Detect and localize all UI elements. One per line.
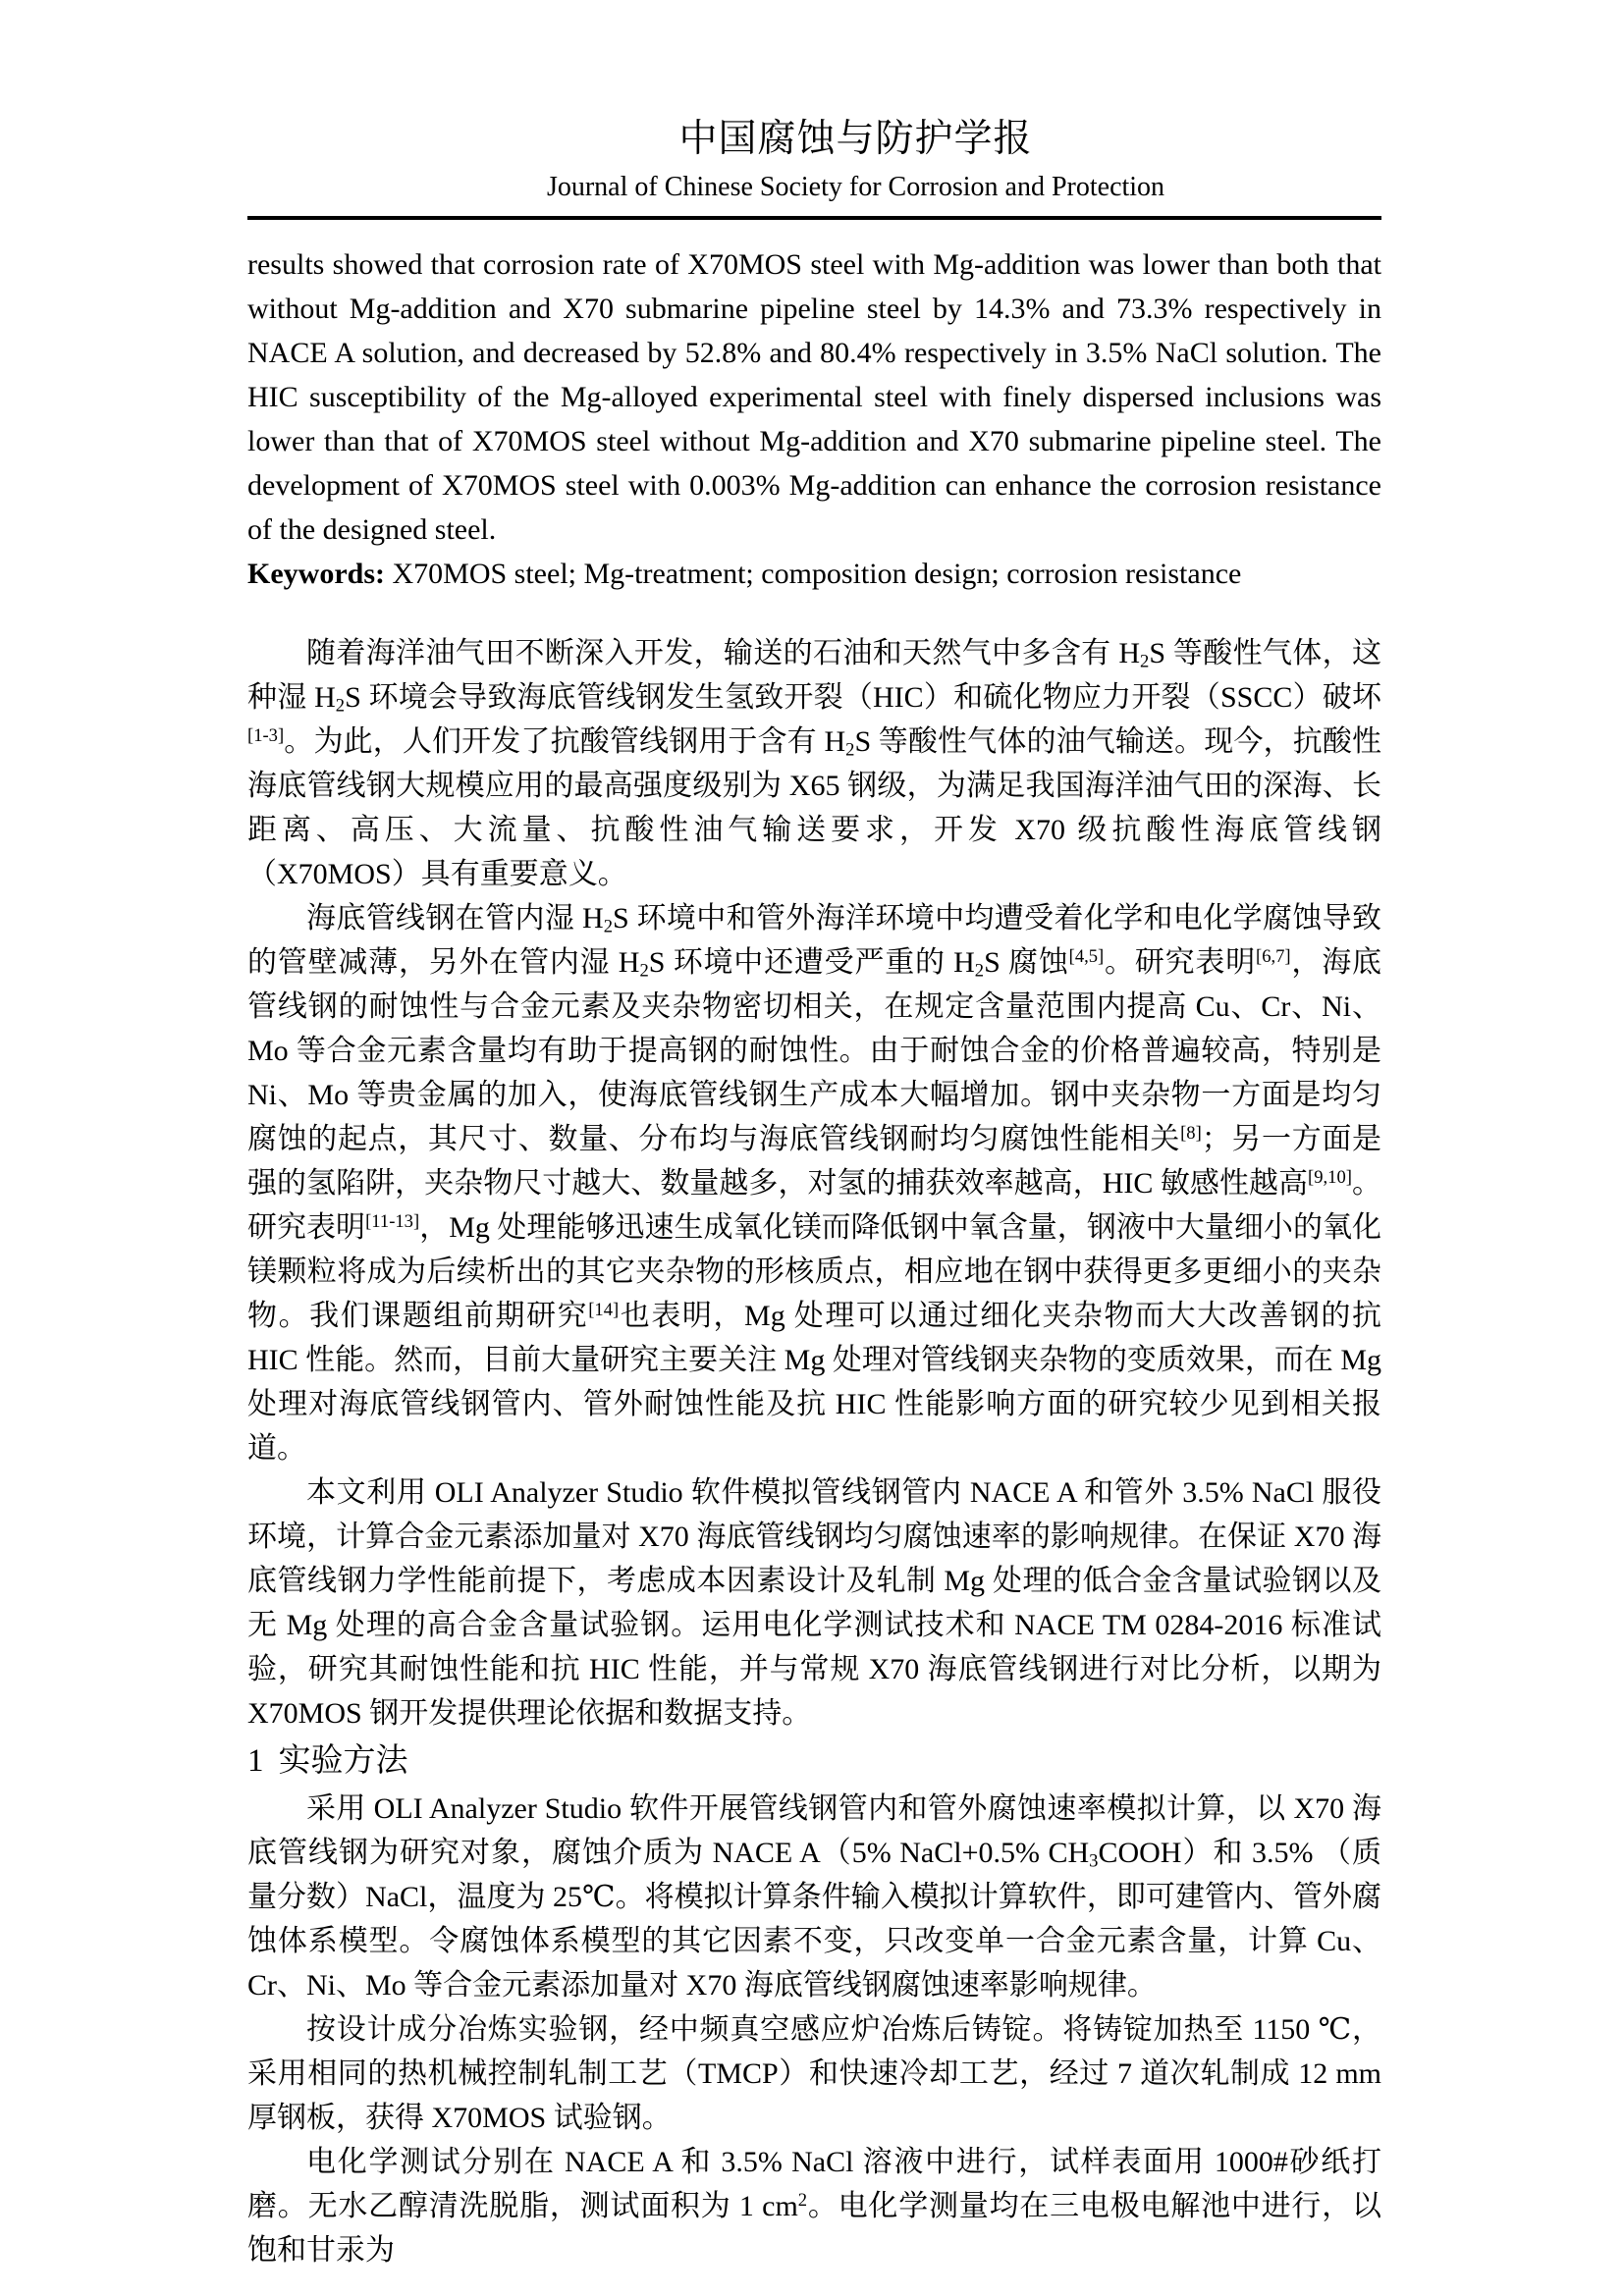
journal-header: 中国腐蚀与防护学报 Journal of Chinese Society for… [289, 116, 1423, 204]
keywords-line: Keywords: X70MOS steel; Mg-treatment; co… [247, 552, 1381, 596]
section-heading-1: 1实验方法 [247, 1735, 1381, 1787]
journal-title-english: Journal of Chinese Society for Corrosion… [289, 171, 1423, 204]
journal-title-chinese: 中国腐蚀与防护学报 [289, 116, 1423, 163]
paragraph-method-2: 按设计成分冶炼实验钢，经中频真空感应炉冶炼后铸锭。将铸锭加热至 1150 ℃，采… [247, 2007, 1381, 2140]
keywords-label: Keywords: [247, 558, 385, 590]
abstract-continuation-text: results showed that corrosion rate of X7… [247, 242, 1381, 552]
paragraph-intro-1: 随着海洋油气田不断深入开发，输送的石油和天然气中多含有 H2S 等酸性气体，这种… [247, 631, 1381, 896]
keywords-text: X70MOS steel; Mg-treatment; composition … [385, 558, 1241, 590]
section-number: 1 [247, 1743, 264, 1779]
section-spacer [247, 596, 1381, 631]
paragraph-intro-2: 海底管线钢在管内湿 H2S 环境中和管外海洋环境中均遭受着化学和电化学腐蚀导致的… [247, 896, 1381, 1470]
paragraph-method-1: 采用 OLI Analyzer Studio 软件开展管线钢管内和管外腐蚀速率模… [247, 1787, 1381, 2007]
paragraph-intro-3: 本文利用 OLI Analyzer Studio 软件模拟管线钢管内 NACE … [247, 1470, 1381, 1735]
header-divider [247, 216, 1381, 220]
page-body: results showed that corrosion rate of X7… [247, 242, 1381, 2272]
manuscript-page: 中国腐蚀与防护学报 Journal of Chinese Society for… [0, 0, 1623, 2296]
section-title: 实验方法 [279, 1743, 408, 1779]
paragraph-method-3: 电化学测试分别在 NACE A 和 3.5% NaCl 溶液中进行，试样表面用 … [247, 2140, 1381, 2272]
